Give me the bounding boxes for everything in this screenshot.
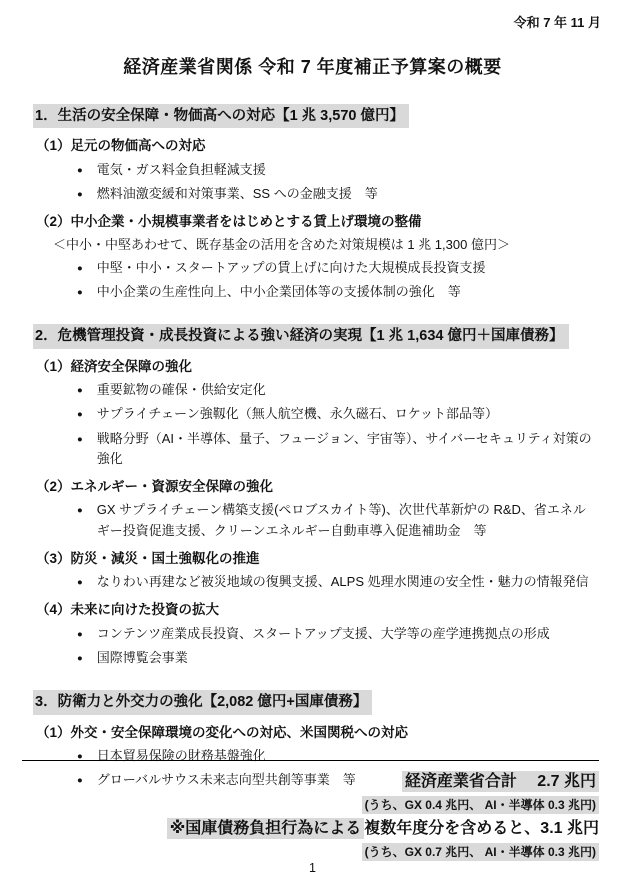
summary-note-breakdown: (うち、GX 0.7 兆円、 AI・半導体 0.3 兆円): [362, 843, 599, 861]
list-item: ● 国際博覧会事業: [77, 648, 597, 668]
subsection-1-2-note: ＜中小・中堅あわせて、既存基金の活用を含めた対策規模は 1 兆 1,300 億円…: [53, 235, 597, 255]
summary-note-highlighted: ※国庫債務負担行為による: [167, 818, 365, 839]
bullet-text: 国際博覧会事業: [97, 648, 597, 668]
summary-note-rest: 複数年度分を含めると、3.1 兆円: [364, 820, 599, 837]
bullet-icon: ●: [77, 500, 83, 540]
subsection-2-2-title: （2）エネルギー・資源安全保障の強化: [36, 477, 597, 497]
subsection-1-2-title: （2）中小企業・小規模事業者をはじめとする賃上げ環境の整備: [36, 212, 597, 232]
list-item: ● サプライチェーン強靱化（無人航空機、永久磁石、ロケット部品等）: [77, 404, 597, 424]
bullet-icon: ●: [77, 184, 83, 204]
list-item: ● 戦略分野（AI・半導体、量子、フュージョン、宇宙等）、サイバーセキュリティ対…: [77, 429, 597, 469]
subsection-2-1-title: （1）経済安全保障の強化: [36, 357, 597, 377]
summary-total-line: 経済産業省合計 2.7 兆円: [22, 770, 599, 793]
section-3-heading: 3．防衛力と外交力の強化【2,082 億円+国庫債務】: [33, 690, 372, 714]
bullet-text: コンテンツ産業成長投資、スタートアップ支援、大学等の産学連携拠点の形成: [97, 624, 597, 644]
summary-block: 経済産業省合計 2.7 兆円 (うち、GX 0.4 兆円、 AI・半導体 0.3…: [22, 760, 599, 864]
section-1: 1．生活の安全保障・物価高への対応【1 兆 3,570 億円】 （1）足元の物価…: [33, 104, 597, 302]
list-item: ● なりわい再建など被災地域の復興支援、ALPS 処理水関連の安全性・魅力の情報…: [77, 572, 597, 592]
bullet-icon: ●: [77, 624, 83, 644]
document-body: 1．生活の安全保障・物価高への対応【1 兆 3,570 億円】 （1）足元の物価…: [0, 104, 625, 790]
bullet-icon: ●: [77, 648, 83, 668]
bullet-text: なりわい再建など被災地域の復興支援、ALPS 処理水関連の安全性・魅力の情報発信: [97, 572, 597, 592]
bullet-text: 戦略分野（AI・半導体、量子、フュージョン、宇宙等）、サイバーセキュリティ対策の…: [97, 429, 597, 469]
bullet-icon: ●: [77, 380, 83, 400]
list-item: ● 中小企業の生産性向上、中小企業団体等の支援体制の強化 等: [77, 282, 597, 302]
summary-total-breakdown: (うち、GX 0.4 兆円、 AI・半導体 0.3 兆円): [362, 796, 599, 814]
bullet-text: 燃料油激変緩和対策事業、SS への金融支援 等: [97, 184, 597, 204]
bullet-text: 中堅・中小・スタートアップの賃上げに向けた大規模成長投資支援: [97, 258, 597, 278]
summary-total: 経済産業省合計 2.7 兆円: [402, 771, 599, 792]
bullet-text: 重要鉱物の確保・供給安定化: [97, 380, 597, 400]
bullet-text: サプライチェーン強靱化（無人航空機、永久磁石、ロケット部品等）: [97, 404, 597, 424]
document-date: 令和 7 年 11 月: [514, 12, 601, 31]
page-title: 経済産業省関係 令和 7 年度補正予算案の概要: [0, 53, 625, 79]
subsection-1-1-title: （1）足元の物価高への対応: [36, 136, 597, 156]
bullet-text: 中小企業の生産性向上、中小企業団体等の支援体制の強化 等: [97, 282, 597, 302]
list-item: ● 中堅・中小・スタートアップの賃上げに向けた大規模成長投資支援: [77, 258, 597, 278]
bullet-text: GX サプライチェーン構築支援(ペロブスカイト等)、次世代革新炉の R&D、省エ…: [97, 500, 597, 540]
section-2-heading-row: 2．危機管理投資・成長投資による強い経済の実現【1 兆 1,634 億円＋国庫債…: [33, 324, 597, 348]
summary-total-breakdown-line: (うち、GX 0.4 兆円、 AI・半導体 0.3 兆円): [22, 796, 599, 814]
section-3-heading-row: 3．防衛力と外交力の強化【2,082 億円+国庫債務】: [33, 690, 597, 714]
subsection-2-3-title: （3）防災・減災・国土強靱化の推進: [36, 549, 597, 569]
bullet-icon: ●: [77, 429, 83, 469]
summary-note-line: ※国庫債務負担行為による複数年度分を含めると、3.1 兆円: [22, 817, 599, 840]
list-item: ● 重要鉱物の確保・供給安定化: [77, 380, 597, 400]
section-2: 2．危機管理投資・成長投資による強い経済の実現【1 兆 1,634 億円＋国庫債…: [33, 324, 597, 668]
page-number: 1: [0, 861, 625, 875]
section-1-heading: 1．生活の安全保障・物価高への対応【1 兆 3,570 億円】: [33, 104, 409, 128]
section-1-heading-row: 1．生活の安全保障・物価高への対応【1 兆 3,570 億円】: [33, 104, 597, 128]
subsection-3-1-title: （1）外交・安全保障環境の変化への対応、米国関税への対応: [36, 723, 597, 743]
subsection-2-4-title: （4）未来に向けた投資の拡大: [36, 600, 597, 620]
list-item: ● 電気・ガス料金負担軽減支援: [77, 160, 597, 180]
summary-note-breakdown-line: (うち、GX 0.7 兆円、 AI・半導体 0.3 兆円): [22, 843, 599, 861]
list-item: ● 燃料油激変緩和対策事業、SS への金融支援 等: [77, 184, 597, 204]
list-item: ● コンテンツ産業成長投資、スタートアップ支援、大学等の産学連携拠点の形成: [77, 624, 597, 644]
bullet-icon: ●: [77, 160, 83, 180]
list-item: ● GX サプライチェーン構築支援(ペロブスカイト等)、次世代革新炉の R&D、…: [77, 500, 597, 540]
section-2-heading: 2．危機管理投資・成長投資による強い経済の実現【1 兆 1,634 億円＋国庫債…: [33, 324, 569, 348]
bullet-icon: ●: [77, 572, 83, 592]
bullet-icon: ●: [77, 282, 83, 302]
bullet-text: 電気・ガス料金負担軽減支援: [97, 160, 597, 180]
bullet-icon: ●: [77, 258, 83, 278]
bullet-icon: ●: [77, 404, 83, 424]
